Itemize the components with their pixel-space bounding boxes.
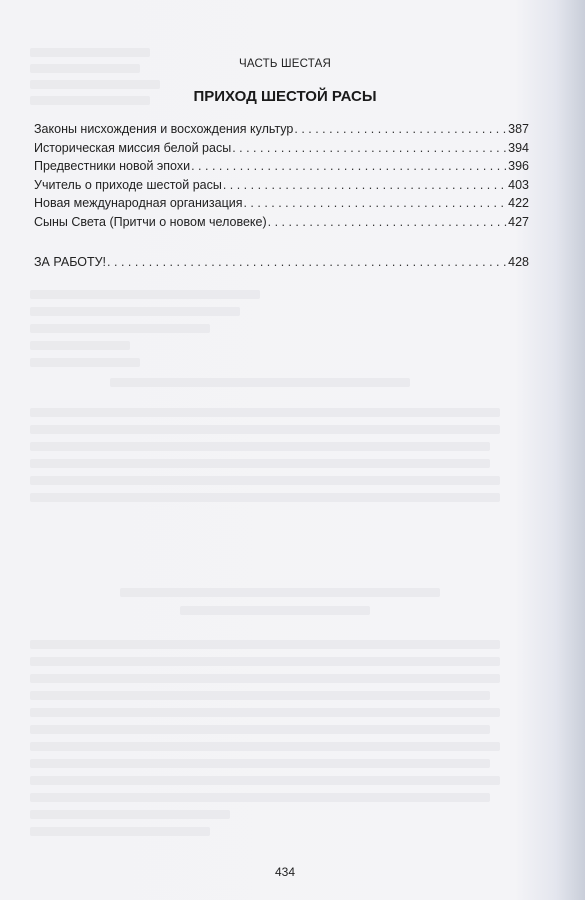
dot-leader (232, 141, 507, 155)
dot-leader (223, 178, 507, 192)
toc-entry-page: 403 (508, 178, 529, 192)
toc-entry-page: 396 (508, 159, 529, 173)
toc-entry: Учитель о приходе шестой расы 403 (34, 178, 529, 197)
dot-leader (268, 215, 508, 229)
toc-entry-title: Учитель о приходе шестой расы (34, 178, 222, 192)
toc-entry: Новая международная организация 422 (34, 196, 529, 215)
dot-leader (191, 159, 507, 173)
toc-spacer (34, 233, 529, 255)
toc-entry-title: ЗА РАБОТУ! (34, 255, 106, 269)
page-number: 434 (0, 865, 570, 879)
dot-leader (107, 255, 507, 269)
toc-entry-title: Историческая миссия белой расы (34, 141, 231, 155)
toc-entry: Сыны Света (Притчи о новом человеке) 427 (34, 215, 529, 234)
toc-entry: Законы нисхождения и восхождения культур… (34, 122, 529, 141)
dot-leader (243, 196, 507, 210)
toc-entry-title: Законы нисхождения и восхождения культур (34, 122, 293, 136)
toc-entry-page: 387 (508, 122, 529, 136)
part-label: ЧАСТЬ ШЕСТАЯ (0, 58, 570, 70)
toc-entry-title: Предвестники новой эпохи (34, 159, 190, 173)
toc-entry-title: Новая международная организация (34, 196, 242, 210)
toc-entry-final: ЗА РАБОТУ! 428 (34, 255, 529, 274)
toc-entry-page: 427 (508, 215, 529, 229)
toc-entry-page: 394 (508, 141, 529, 155)
toc-entry: Историческая миссия белой расы 394 (34, 141, 529, 160)
toc-entry: Предвестники новой эпохи 396 (34, 159, 529, 178)
section-title: ПРИХОД ШЕСТОЙ РАСЫ (0, 88, 570, 105)
toc-entry-title: Сыны Света (Притчи о новом человеке) (34, 215, 267, 229)
toc-entry-page: 422 (508, 196, 529, 210)
dot-leader (294, 122, 507, 136)
table-of-contents: Законы нисхождения и восхождения культур… (34, 122, 529, 274)
toc-entry-page: 428 (508, 255, 529, 269)
